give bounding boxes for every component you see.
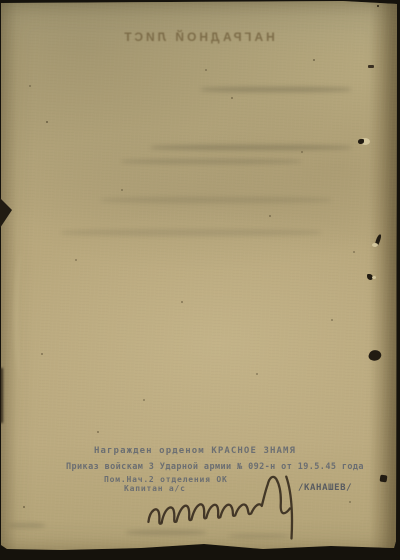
paper-specks [1,1,3,3]
paper-crease [15,251,31,381]
small-mark [368,65,374,68]
bleedthrough-smudge [101,197,331,203]
small-hole-highlight [372,276,376,279]
mirrored-title-bleedthrough: НАГРАДНОЙ ЛИСТ [120,30,276,44]
bleedthrough-smudge [151,145,351,150]
ink-square-blot [380,475,388,483]
bleedthrough-smudge [61,229,321,236]
bleedthrough-smudge [201,87,351,92]
tear-highlight [372,243,378,247]
edge-shadow-strip [0,368,3,423]
bleedthrough-smudge [121,159,301,164]
award-line-order: Приказ войскам 3 Ударной армии № 092-н о… [66,462,364,472]
bleedthrough-smudge [9,523,45,528]
punch-hole-shadow [358,139,364,144]
award-line-decoration: Награжден орденом КРАСНОЕ ЗНАМЯ [94,446,296,456]
scanned-document: НАГРАДНОЙ ЛИСТ Награжден орденом КРАСНОЕ… [0,0,400,560]
signature-ink [136,470,310,554]
